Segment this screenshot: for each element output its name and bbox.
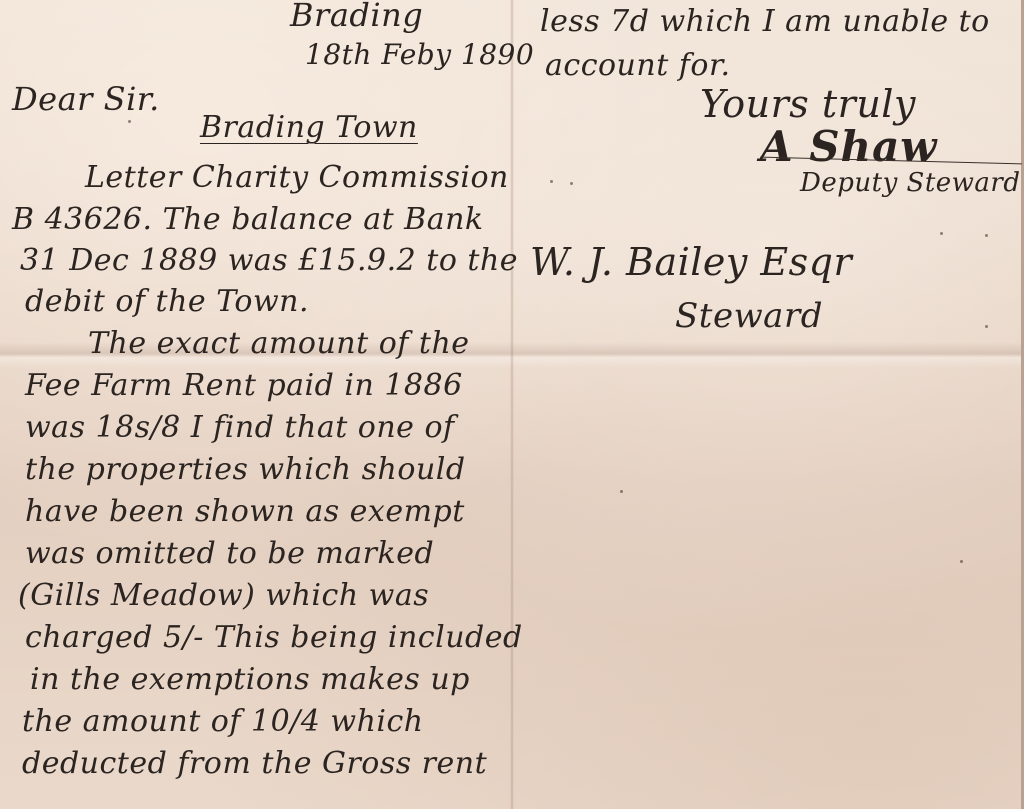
closing: Yours truly bbox=[700, 82, 916, 126]
addressee-title: Steward bbox=[675, 296, 823, 336]
body-line: in the exemptions makes up bbox=[30, 662, 470, 697]
body-line: The exact amount of the bbox=[88, 326, 470, 361]
body-line: have been shown as exempt bbox=[25, 494, 465, 529]
signature-title: Deputy Steward bbox=[800, 168, 1021, 198]
body-line: the amount of 10/4 which bbox=[22, 704, 424, 739]
body-line: B 43626. The balance at Bank bbox=[12, 202, 484, 237]
addressee-name: W. J. Bailey Esqr bbox=[530, 240, 852, 284]
ink-spot bbox=[940, 232, 943, 235]
subject-heading: Brading Town bbox=[200, 110, 418, 145]
body-line-continued: account for. bbox=[545, 48, 731, 83]
body-line-continued: less 7d which I am unable to bbox=[540, 4, 990, 39]
ink-spot bbox=[985, 234, 988, 237]
body-line: (Gills Meadow) which was bbox=[18, 578, 429, 613]
body-line: charged 5/- This being included bbox=[25, 620, 523, 655]
ink-spot bbox=[620, 490, 623, 493]
body-line: 31 Dec 1889 was £15.9.2 to the bbox=[20, 243, 518, 278]
body-line: was 18s/8 I find that one of bbox=[25, 410, 455, 445]
ink-spot bbox=[570, 182, 573, 185]
body-line: debit of the Town. bbox=[25, 284, 309, 319]
signature: A Shaw bbox=[760, 122, 937, 171]
fold-crease-vertical bbox=[510, 0, 514, 809]
ink-spot bbox=[550, 180, 553, 183]
ink-spot bbox=[128, 120, 131, 123]
ink-spot bbox=[960, 560, 963, 563]
body-line: the properties which should bbox=[25, 452, 466, 487]
ink-spot bbox=[985, 325, 988, 328]
letter-place: Brading bbox=[290, 0, 423, 34]
body-line: deducted from the Gross rent bbox=[22, 746, 487, 781]
letter-date: 18th Feby 1890 bbox=[305, 38, 534, 71]
body-line: Letter Charity Commission bbox=[85, 160, 509, 195]
body-line: was omitted to be marked bbox=[25, 536, 434, 571]
salutation: Dear Sir. bbox=[12, 80, 160, 118]
body-line: Fee Farm Rent paid in 1886 bbox=[25, 368, 463, 403]
letter-page: Brading 18th Feby 1890 Dear Sir. Brading… bbox=[0, 0, 1024, 809]
